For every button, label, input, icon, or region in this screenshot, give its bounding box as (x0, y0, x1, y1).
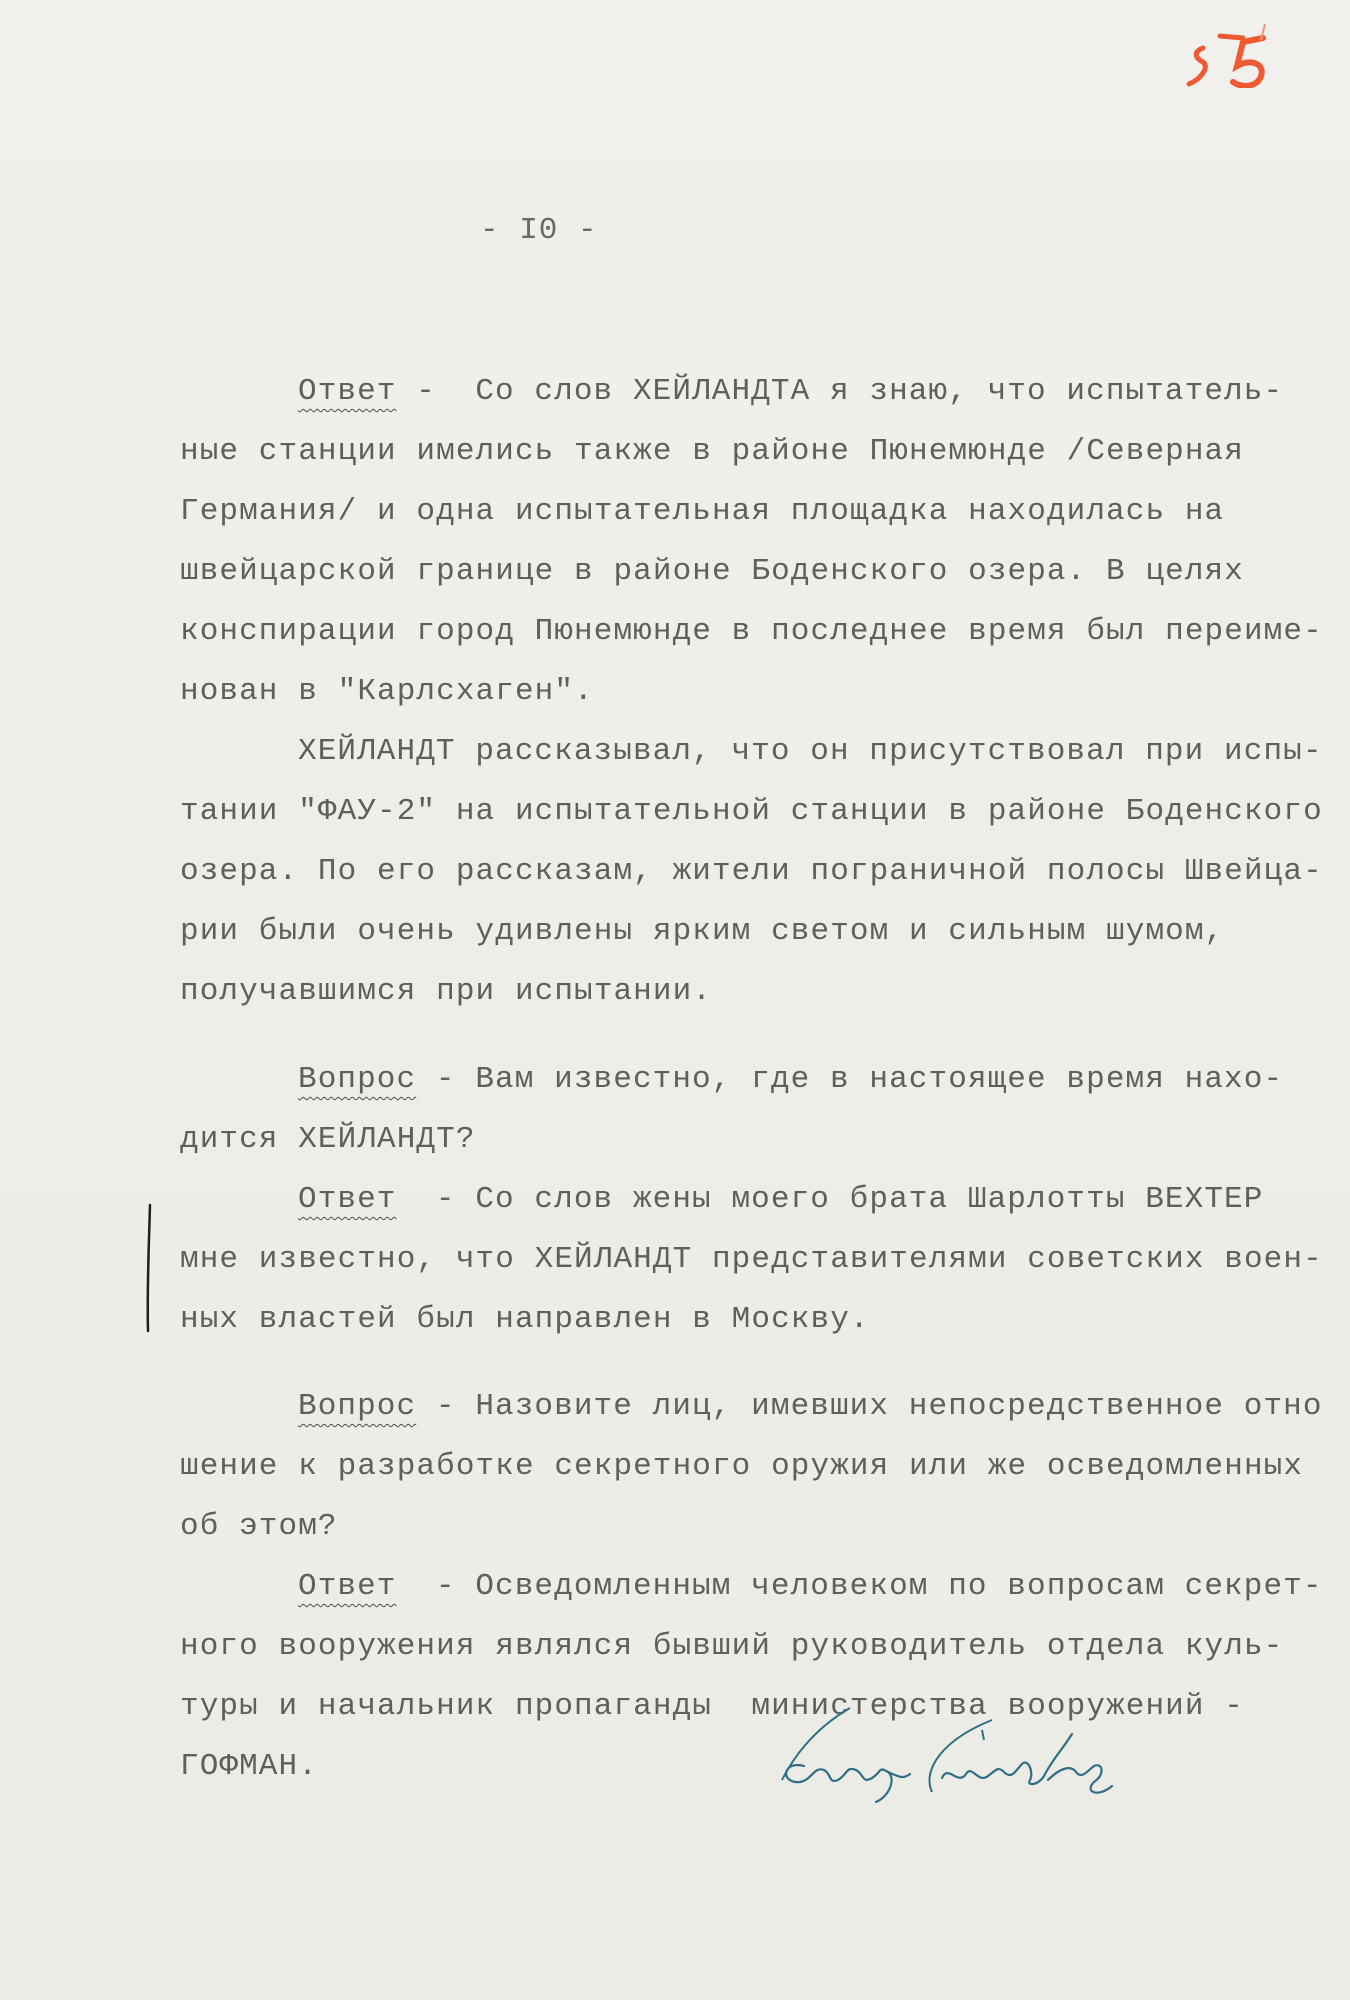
text-line: ГОФМАН. (180, 1749, 318, 1785)
line-text: нован в "Карлсхаген". (180, 674, 594, 709)
page-number: - I0 - (480, 213, 598, 248)
line-text: ХЕЙЛАНДТ рассказывал, что он присутствов… (298, 734, 1323, 769)
text-line: озера. По его рассказам, жители погранич… (180, 854, 1323, 890)
margin-vertical-mark (144, 1203, 154, 1333)
handwritten-signature (772, 1700, 1172, 1810)
text-line: мне известно, что ХЕЙЛАНДТ представителя… (180, 1242, 1323, 1278)
text-line: нован в "Карлсхаген". (180, 674, 594, 710)
text-line: ХЕЙЛАНДТ рассказывал, что он присутствов… (298, 734, 1323, 770)
line-text: - Со слов жены моего брата Шарлотты ВЕХТ… (397, 1182, 1264, 1217)
text-line: тании "ФАУ-2" на испытательной станции в… (180, 794, 1323, 830)
line-text: ГОФМАН. (180, 1749, 318, 1784)
text-line: ные станции имелись также в районе Пюнем… (180, 434, 1244, 470)
folio-number-handwritten (1165, 18, 1285, 88)
text-line: Ответ - Со слов жены моего брата Шарлотт… (298, 1182, 1263, 1218)
line-text: дится ХЕЙЛАНДТ? (180, 1122, 476, 1157)
line-text: конспирации город Пюнемюнде в последнее … (180, 614, 1323, 649)
line-text: ного вооружения являлся бывший руководит… (180, 1629, 1283, 1664)
line-text: мне известно, что ХЕЙЛАНДТ представителя… (180, 1242, 1323, 1277)
line-text: об этом? (180, 1509, 338, 1544)
line-text: получавшимся при испытании. (180, 974, 712, 1009)
line-text: рии были очень удивлены ярким светом и с… (180, 914, 1224, 949)
text-line: рии были очень удивлены ярким светом и с… (180, 914, 1224, 950)
line-text: тании "ФАУ-2" на испытательной станции в… (180, 794, 1323, 829)
text-line: Германия/ и одна испытательная площадка … (180, 494, 1224, 530)
speaker-label: Ответ (298, 374, 397, 409)
speaker-label: Вопрос (298, 1062, 416, 1097)
text-line: Ответ - Со слов ХЕЙЛАНДТА я знаю, что ис… (298, 374, 1283, 410)
text-line: дится ХЕЙЛАНДТ? (180, 1122, 476, 1158)
speaker-label: Ответ (298, 1182, 397, 1217)
speaker-label: Вопрос (298, 1389, 416, 1424)
text-line: получавшимся при испытании. (180, 974, 712, 1010)
line-text: шение к разработке секретного оружия или… (180, 1449, 1303, 1484)
text-line: ных властей был направлен в Москву. (180, 1302, 870, 1338)
text-line: об этом? (180, 1509, 338, 1545)
line-text: - Со слов ХЕЙЛАНДТА я знаю, что испытате… (397, 374, 1284, 409)
text-line: конспирации город Пюнемюнде в последнее … (180, 614, 1323, 650)
line-text: швейцарской границе в районе Боденского … (180, 554, 1244, 589)
text-line: ного вооружения являлся бывший руководит… (180, 1629, 1283, 1665)
speaker-label: Ответ (298, 1569, 397, 1604)
line-text: ных властей был направлен в Москву. (180, 1302, 870, 1337)
line-text: озера. По его рассказам, жители погранич… (180, 854, 1323, 889)
text-line: шение к разработке секретного оружия или… (180, 1449, 1303, 1485)
line-text: - Назовите лиц, имевших непосредственное… (416, 1389, 1322, 1424)
line-text: - Вам известно, где в настоящее время на… (416, 1062, 1283, 1097)
text-line: Вопрос - Назовите лиц, имевших непосредс… (298, 1389, 1323, 1425)
text-line: швейцарской границе в районе Боденского … (180, 554, 1244, 590)
text-line: Ответ - Осведомленным человеком по вопро… (298, 1569, 1323, 1605)
line-text: - Осведомленным человеком по вопросам се… (397, 1569, 1323, 1604)
text-line: Вопрос - Вам известно, где в настоящее в… (298, 1062, 1283, 1098)
line-text: ные станции имелись также в районе Пюнем… (180, 434, 1244, 469)
document-page: - I0 - Ответ - Со слов ХЕЙЛАНДТА я знаю,… (0, 0, 1350, 2000)
line-text: Германия/ и одна испытательная площадка … (180, 494, 1224, 529)
